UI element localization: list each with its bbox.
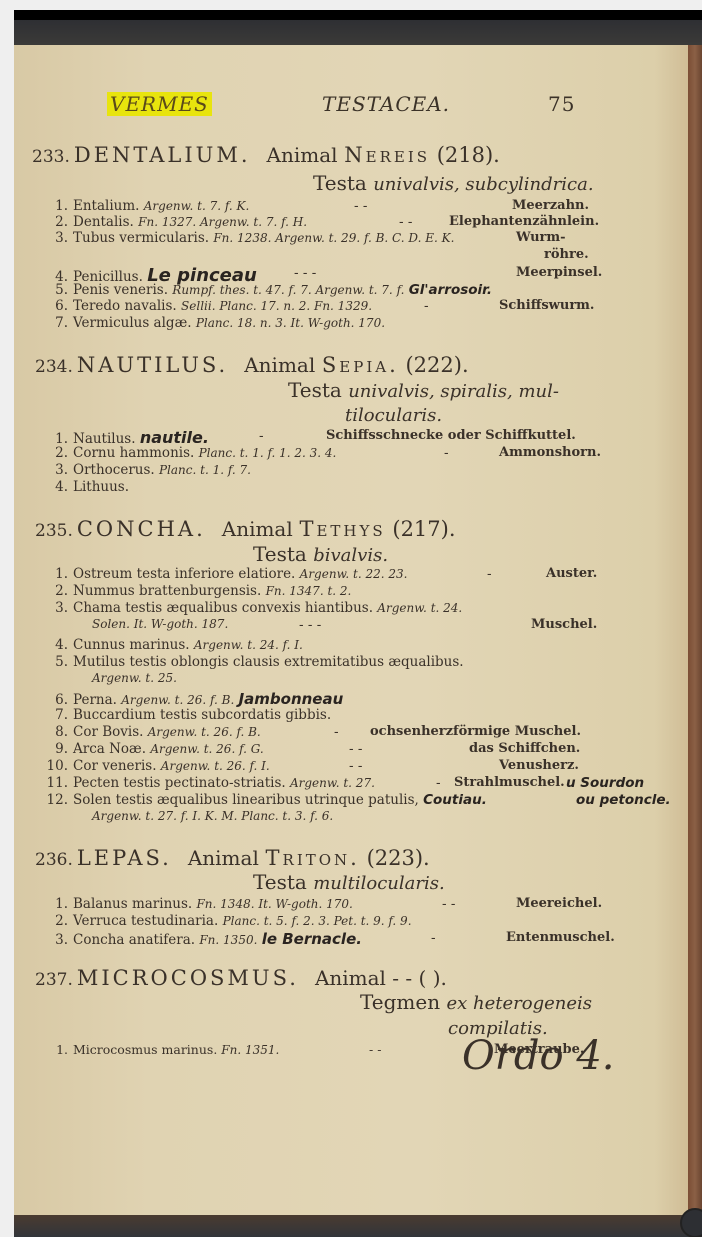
genus-heading: 236.LEPAS.Animal Triton. (223). bbox=[35, 846, 430, 870]
genus-testa-cont: tilocularis. bbox=[345, 402, 442, 426]
species-item: 6.Perna. Argenw. t. 26. f. B. Jambonneau bbox=[44, 690, 343, 708]
running-head-title: TESTACEA. bbox=[322, 92, 450, 116]
handwritten-annotation: Jambonneau bbox=[239, 690, 344, 708]
species-item: 1.Entalium. Argenw. t. 7. f. K.- -Meerza… bbox=[44, 198, 249, 214]
species-item: 3.Tubus vermicularis. Fn. 1238. Argenw. … bbox=[44, 230, 454, 246]
species-item: 12.Solen testis æqualibus linearibus utr… bbox=[44, 792, 487, 824]
species-item: 4.Lithuus. bbox=[44, 479, 129, 495]
scroll-handle[interactable] bbox=[680, 1208, 702, 1237]
genus-testa: Testa univalvis, subcylindrica. bbox=[313, 171, 594, 195]
species-item: 11.Pecten testis pectinato-striatis. Arg… bbox=[44, 775, 375, 791]
genus-testa: Testa multilocularis. bbox=[253, 870, 445, 894]
species-item: 8.Cor Bovis. Argenw. t. 26. f. B.-ochsen… bbox=[44, 724, 261, 740]
running-head-highlighted: VERMES bbox=[107, 92, 212, 116]
viewer-top-bar bbox=[14, 10, 702, 20]
species-item: 7.Vermiculus algæ. Planc. 18. n. 3. It. … bbox=[44, 315, 385, 331]
species-item: 5.Penis veneris. Rumpf. thes. t. 47. f. … bbox=[44, 282, 492, 298]
ordo-footer: Ordo 4. bbox=[462, 1033, 614, 1079]
genus-heading: 235.CONCHA.Animal Tethys (217). bbox=[35, 517, 456, 541]
species-item: 3.Chama testis æqualibus convexis hianti… bbox=[44, 600, 462, 632]
handwritten-annotation: Gl'arrosoir. bbox=[409, 282, 492, 298]
species-item: 3.Concha anatifera. Fn. 1350. le Bernacl… bbox=[44, 930, 362, 948]
species-item: 2.Dentalis. Fn. 1327. Argenw. t. 7. f. H… bbox=[44, 214, 307, 230]
species-item: 1.Microcosmus marinus. Fn. 1351.- -Meert… bbox=[44, 1042, 279, 1057]
species-item: 7.Buccardium testis subcordatis gibbis. bbox=[44, 707, 331, 723]
genus-heading: 234.NAUTILUS.Animal Sepia. (222). bbox=[35, 353, 469, 377]
species-item: 5.Mutilus testis oblongis clausis extrem… bbox=[44, 654, 464, 686]
species-item: 1.Balanus marinus. Fn. 1348. It. W-goth.… bbox=[44, 896, 353, 912]
book-bottom-edge bbox=[14, 1215, 702, 1237]
species-item: 1.Ostreum testa inferiore elatiore. Arge… bbox=[44, 566, 407, 582]
genus-heading: 233.DENTALIUM.Animal Nereis (218). bbox=[32, 143, 500, 167]
handwritten-annotation: u Sourdon bbox=[566, 775, 644, 791]
species-item: 10.Cor veneris. Argenw. t. 26. f. I.- -V… bbox=[44, 758, 270, 774]
species-item: 3.Orthocerus. Planc. t. 1. f. 7. bbox=[44, 462, 251, 478]
species-item: 6.Teredo navalis. Sellii. Planc. 17. n. … bbox=[44, 298, 372, 314]
genus-testa: Testa bivalvis. bbox=[253, 542, 388, 566]
species-item: 4.Cunnus marinus. Argenw. t. 24. f. I. bbox=[44, 637, 303, 653]
genus-testa: Tegmen ex heterogeneis bbox=[360, 990, 592, 1014]
species-item: 2.Nummus brattenburgensis. Fn. 1347. t. … bbox=[44, 583, 351, 599]
species-item: 2.Verruca testudinaria. Planc. t. 5. f. … bbox=[44, 913, 412, 929]
species-item: 9.Arca Noæ. Argenw. t. 26. f. G.- -das S… bbox=[44, 741, 264, 757]
handwritten-annotation: Coutiau. bbox=[423, 792, 487, 808]
species-item: 2.Cornu hammonis. Planc. t. 1. f. 1. 2. … bbox=[44, 445, 336, 461]
genus-testa: Testa univalvis, spiralis, mul- bbox=[288, 378, 559, 402]
book-top-edge bbox=[14, 20, 702, 45]
book-spine-edge bbox=[688, 45, 702, 1225]
page-number: 75 bbox=[548, 92, 575, 116]
genus-heading: 237.MICROCOSMUS.Animal - - ( ). bbox=[35, 966, 447, 990]
handwritten-annotation: ou petoncle. bbox=[576, 792, 671, 808]
handwritten-annotation: le Bernacle. bbox=[262, 930, 362, 948]
